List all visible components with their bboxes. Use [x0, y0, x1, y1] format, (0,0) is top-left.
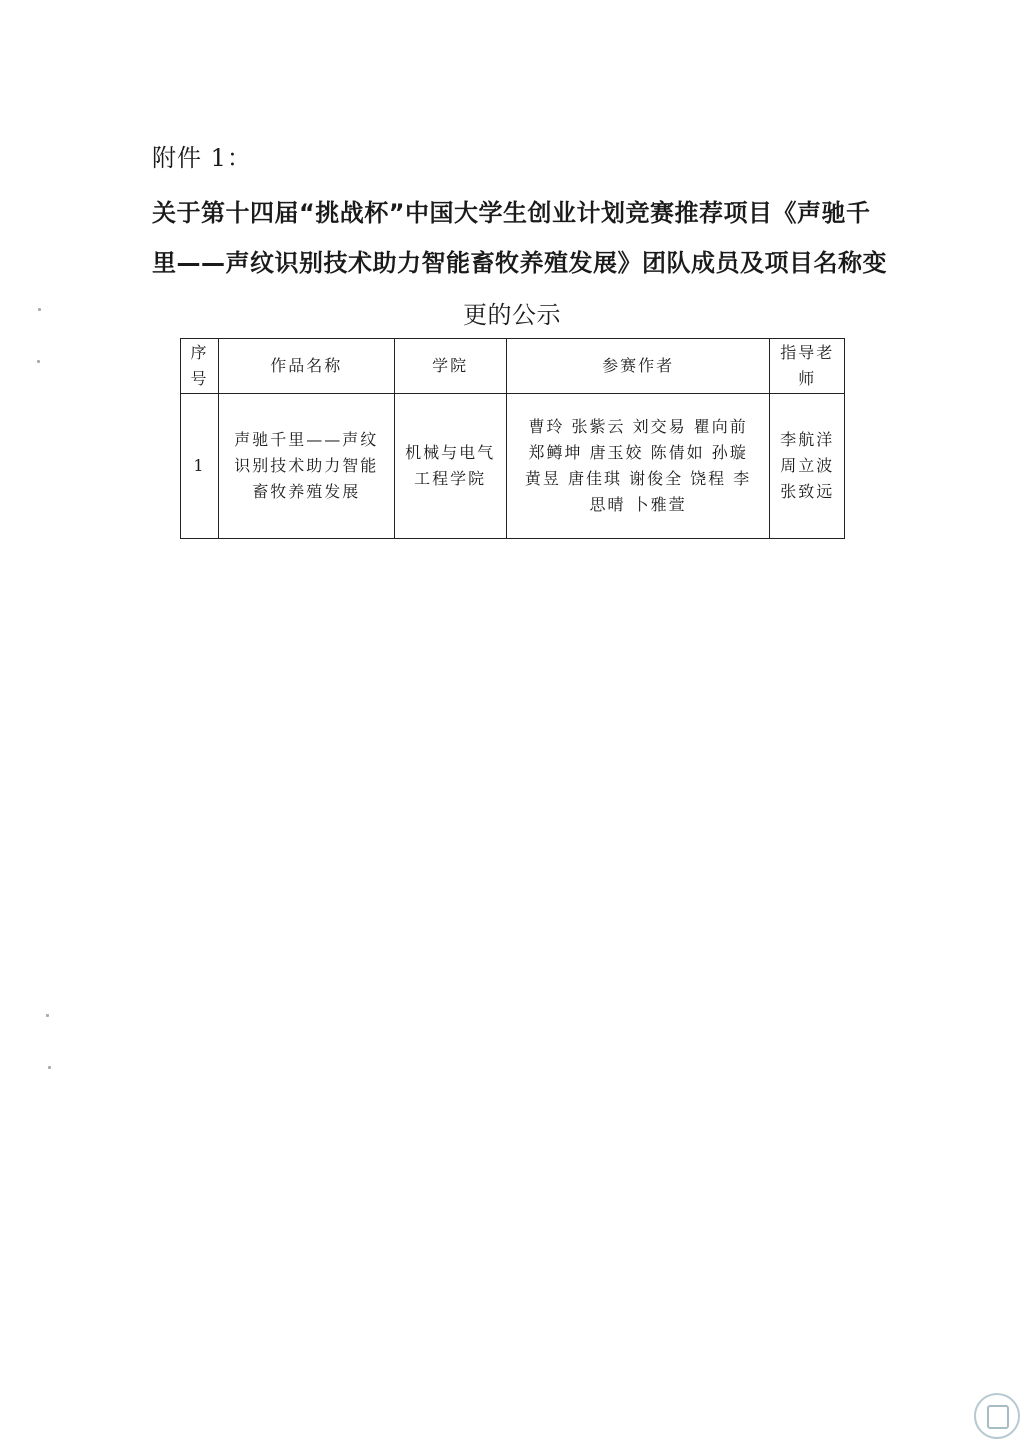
- table-header-row: 序 号 作品名称 学院 参赛作者 指导老 师: [181, 339, 845, 394]
- cell-college: 机械与电气 工程学院: [394, 394, 506, 539]
- header-index: 序 号: [181, 339, 219, 394]
- header-college: 学院: [394, 339, 506, 394]
- scan-speck: [48, 1066, 51, 1069]
- attachment-label: 附件 1：: [152, 138, 252, 173]
- cell-project: 声驰千里——声纹 识别技术助力智能 畜牧养殖发展: [218, 394, 394, 539]
- header-advisors: 指导老 师: [770, 339, 845, 394]
- scan-speck: [37, 360, 40, 363]
- cell-authors: 曹玲 张紫云 刘交易 瞿向前 郑鳟坤 唐玉姣 陈倩如 孙璇 黄昱 唐佳琪 谢俊全…: [506, 394, 770, 539]
- scan-speck: [38, 308, 41, 311]
- table-row: 1 声驰千里——声纹 识别技术助力智能 畜牧养殖发展 机械与电气 工程学院 曹玲…: [181, 394, 845, 539]
- title-line-1: 关于第十四届“挑战杯”中国大学生创业计划竞赛推荐项目《声驰千: [152, 193, 871, 228]
- cell-index: 1: [181, 394, 219, 539]
- cell-advisors: 李航洋 周立波 张致远: [770, 394, 845, 539]
- announcement-table: 序 号 作品名称 学院 参赛作者 指导老 师 1 声驰千里——声纹 识别技术助力…: [180, 338, 845, 539]
- title-line-3: 更的公示: [0, 295, 1024, 330]
- header-authors: 参赛作者: [506, 339, 770, 394]
- university-seal-icon: [974, 1393, 1020, 1439]
- scan-speck: [46, 1014, 49, 1017]
- header-project: 作品名称: [218, 339, 394, 394]
- title-line-2: 里——声纹识别技术助力智能畜牧养殖发展》团队成员及项目名称变: [152, 243, 887, 278]
